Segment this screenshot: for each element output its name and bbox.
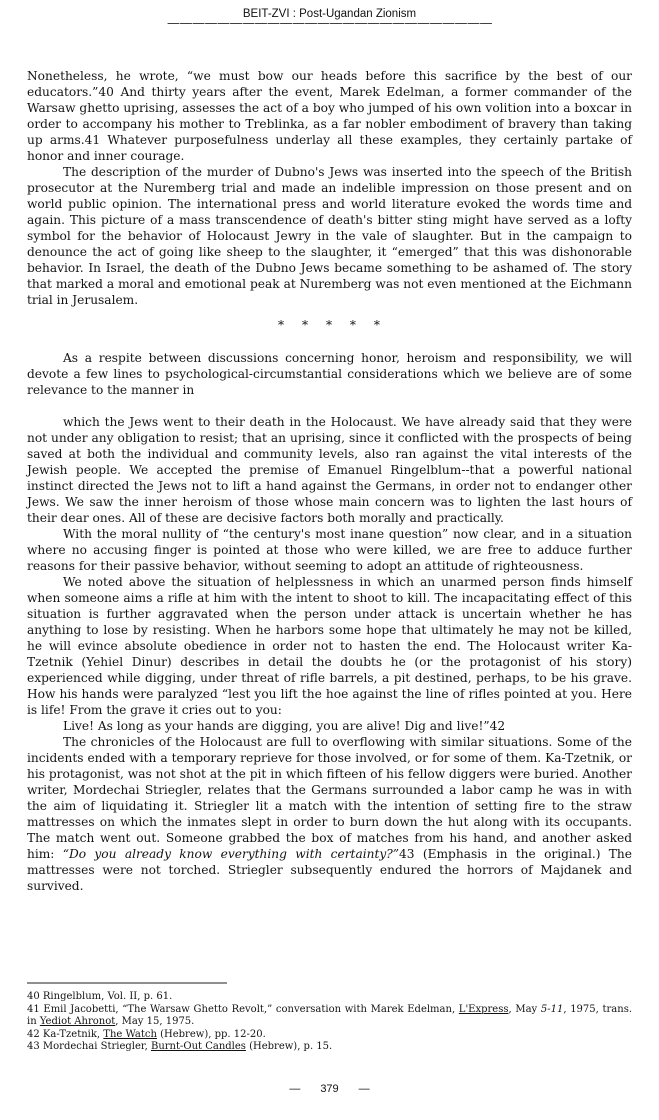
text-segment: Burnt-Out Candles [151, 1041, 246, 1052]
asterisk-section-separator: * * * * * [27, 317, 632, 333]
paragraph-chronicles: The chronicles of the Holocaust are full… [27, 734, 632, 894]
book-page: BEIT-ZVI : Post-Ugandan Zionism ————————… [0, 0, 659, 1120]
text-segment: 42 Ka-Tzetnik, [27, 1029, 103, 1040]
text-segment: The description of the murder of Dubno's… [27, 165, 632, 307]
text-segment: , May [509, 1004, 541, 1015]
footnote-divider-rule [27, 982, 227, 984]
text-segment: 5-11 [541, 1004, 563, 1015]
footnote-43: 43 Mordechai Striegler, Burnt-Out Candle… [27, 1041, 632, 1054]
page-number-value: 379 [320, 1083, 338, 1095]
paragraph-helplessness: We noted above the situation of helpless… [27, 574, 632, 718]
header-dashed-rule: —————————————————————————— [0, 16, 659, 32]
text-segment: We noted above the situation of helpless… [27, 575, 632, 717]
page-body: Nonetheless, he wrote, “we must bow our … [27, 68, 632, 894]
text-segment: (Hebrew), pp. 12-20. [157, 1029, 266, 1040]
text-segment: Yediot Ahronot [40, 1016, 115, 1027]
text-segment: , May 15, 1975. [115, 1016, 194, 1027]
footnotes-block: 40 Ringelblum, Vol. II, p. 61. 41 Emil J… [27, 982, 632, 1054]
footnote-42: 42 Ka-Tzetnik, The Watch (Hebrew), pp. 1… [27, 1029, 632, 1042]
text-segment: Nonetheless, he wrote, “we must bow our … [27, 69, 632, 163]
text-segment: The chronicles of the Holocaust are full… [27, 735, 632, 861]
paragraph-dubno-description: The description of the murder of Dubno's… [27, 164, 632, 308]
page-number-dash-right: — [359, 1083, 370, 1095]
page-number: — 379 — [0, 1083, 659, 1095]
text-segment: 41 Emil Jacobetti, “The Warsaw Ghetto Re… [27, 1004, 459, 1015]
text-segment: As a respite between discussions concern… [27, 351, 632, 397]
text-segment: Live! As long as your hands are digging,… [63, 719, 505, 733]
paragraph-respite: As a respite between discussions concern… [27, 350, 632, 398]
paragraph-nonetheless: Nonetheless, he wrote, “we must bow our … [27, 68, 632, 164]
footnote-40: 40 Ringelblum, Vol. II, p. 61. [27, 991, 632, 1004]
footnote-41: 41 Emil Jacobetti, “The Warsaw Ghetto Re… [27, 1004, 632, 1029]
text-segment: (Hebrew), p. 15. [246, 1041, 332, 1052]
text-segment: With the moral nullity of “the century's… [27, 527, 632, 573]
text-segment: “Do you already know everything with cer… [63, 847, 399, 861]
paragraph-which-the-jews: which the Jews went to their death in th… [27, 414, 632, 526]
text-segment: 40 Ringelblum, Vol. II, p. 61. [27, 991, 172, 1002]
text-segment: L'Express [459, 1004, 509, 1015]
page-number-dash-left: — [289, 1083, 300, 1095]
paragraph-dig-and-live-quote: Live! As long as your hands are digging,… [27, 718, 632, 734]
text-segment: The Watch [103, 1029, 157, 1040]
text-segment: which the Jews went to their death in th… [27, 415, 632, 525]
text-segment: 43 Mordechai Striegler, [27, 1041, 151, 1052]
paragraph-moral-nullity: With the moral nullity of “the century's… [27, 526, 632, 574]
